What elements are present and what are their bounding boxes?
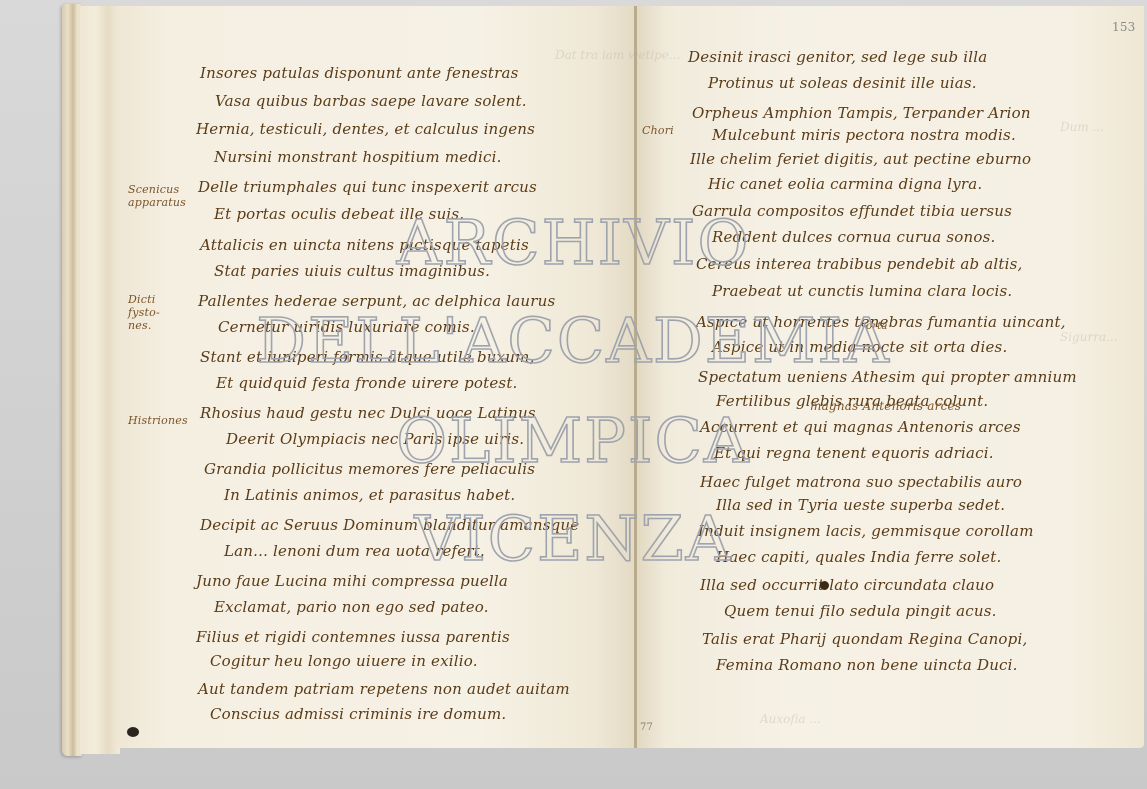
verse-line: Praebeat ut cunctis lumina clara locis. (712, 282, 1012, 300)
left-page-edge-stack (62, 4, 82, 756)
verse-line: Femina Romano non bene uincta Duci. (716, 656, 1018, 674)
verse-line: Reddent dulces cornua curua sonos. (712, 228, 995, 246)
margin-note-chori: Chori (642, 124, 676, 137)
verse-line: In Latinis animos, et parasitus habet. (224, 486, 515, 504)
verse-line: Grandia pollicitus memores fere peliacul… (204, 460, 535, 478)
verse-line: Accurrent et qui magnas Antenoris arces (700, 418, 1021, 436)
verse-line: Rhosius haud gestu nec Dulci uoce Latinu… (200, 404, 536, 422)
page-hole (127, 727, 139, 737)
margin-note-scenicus: Scenicus apparatus (128, 183, 176, 209)
interlinear-addition: orta (866, 320, 888, 333)
verse-line: Lan... lenoni dum rea uota refert. (224, 542, 485, 560)
verse-line: Garrula compositos effundet tibia uersus (692, 202, 1012, 220)
verse-line: Decipit ac Seruus Dominum blanditur aman… (200, 516, 579, 534)
verse-line: Spectatum ueniens Athesim qui propter am… (698, 368, 1077, 386)
folio-number: 153 (1112, 20, 1136, 34)
verse-line: Exclamat, pario non ego sed pateo. (214, 598, 489, 616)
verse-line: Desinit irasci genitor, sed lege sub ill… (688, 48, 987, 66)
verse-line: Attalicis en uincta nitens pictisque tap… (200, 236, 529, 254)
page-number: 77 (640, 722, 653, 733)
verse-line: Et quidquid festa fronde uirere potest. (216, 374, 518, 392)
bleed-through-text: Sigurra... (1060, 330, 1118, 344)
verse-line: Filius et rigidi contemnes iussa parenti… (196, 628, 510, 646)
verse-line: Aut tandem patriam repetens non audet au… (198, 680, 570, 698)
verse-line: Ille chelim feriet digitis, aut pectine … (690, 150, 1031, 168)
verse-line: Quem tenui filo sedula pingit acus. (724, 602, 997, 620)
book-gutter (634, 6, 637, 748)
verse-line: Illa sed in Tyria ueste superba sedet. (716, 496, 1005, 514)
verse-line: Vasa quibus barbas saepe lavare solent. (215, 92, 527, 110)
verse-line: Hic canet eolia carmina digna lyra. (708, 175, 982, 193)
verse-line: Illa sed occurrit lato circundata clauo (700, 576, 994, 594)
verse-line: Cernetur uiridis luxuriare comis. (218, 318, 475, 336)
verse-line: Et qui regna tenent equoris adriaci. (714, 444, 994, 462)
verse-line: Stant et iuniperi formis atque utile bux… (200, 348, 535, 366)
verse-line: Insores patulas disponunt ante fenestras (200, 64, 519, 82)
verse-line: Mulcebunt miris pectora nostra modis. (712, 126, 1016, 144)
left-page-edge-leaves (80, 6, 120, 754)
verse-line: Et portas oculis debeat ille suis. (214, 205, 464, 223)
margin-note-histriones: Histriones (128, 414, 186, 427)
verse-line: Induit insignem lacis, gemmisque corolla… (698, 522, 1034, 540)
verse-line: Orpheus Amphion Tampis, Terpander Arion (692, 104, 1031, 122)
bleed-through-text: Auxofia ... (760, 712, 821, 726)
verse-line: Haec fulget matrona suo spectabilis auro (700, 473, 1022, 491)
verse-line: Stat paries uiuis cultus imaginibus. (214, 262, 490, 280)
verse-line: Nursini monstrant hospitium medici. (214, 148, 502, 166)
verse-line: Aspice ut in media nocte sit orta dies. (712, 338, 1007, 356)
verse-line: Conscius admissi criminis ire domum. (210, 705, 506, 723)
verse-line: Juno faue Lucina mihi compressa puella (196, 572, 508, 590)
verse-line: Delle triumphales qui tunc inspexerit ar… (198, 178, 537, 196)
verse-line: Haec capiti, quales India ferre solet. (716, 548, 1001, 566)
verse-line: Cereus interea trabibus pendebit ab alti… (696, 255, 1022, 273)
interlinear-addition: magnas Antenoris arces (810, 400, 961, 413)
bleed-through-text: Dum ... (1060, 120, 1104, 134)
bleed-through-text: Dat tra iam wetipe... (555, 48, 680, 62)
ink-blot (820, 581, 829, 590)
verse-line: Cogitur heu longo uiuere in exilio. (210, 652, 478, 670)
verse-line: Deerit Olympiacis nec Paris ipse uiris. (226, 430, 524, 448)
margin-note-dicti: Dicti fysto-nes. (128, 293, 174, 332)
verse-line: Hernia, testiculi, dentes, et calculus i… (196, 120, 535, 138)
verse-line: Talis erat Pharij quondam Regina Canopi, (702, 630, 1027, 648)
verse-line: Pallentes hederae serpunt, ac delphica l… (198, 292, 555, 310)
verse-line: Protinus ut soleas desinit ille uias. (708, 74, 977, 92)
